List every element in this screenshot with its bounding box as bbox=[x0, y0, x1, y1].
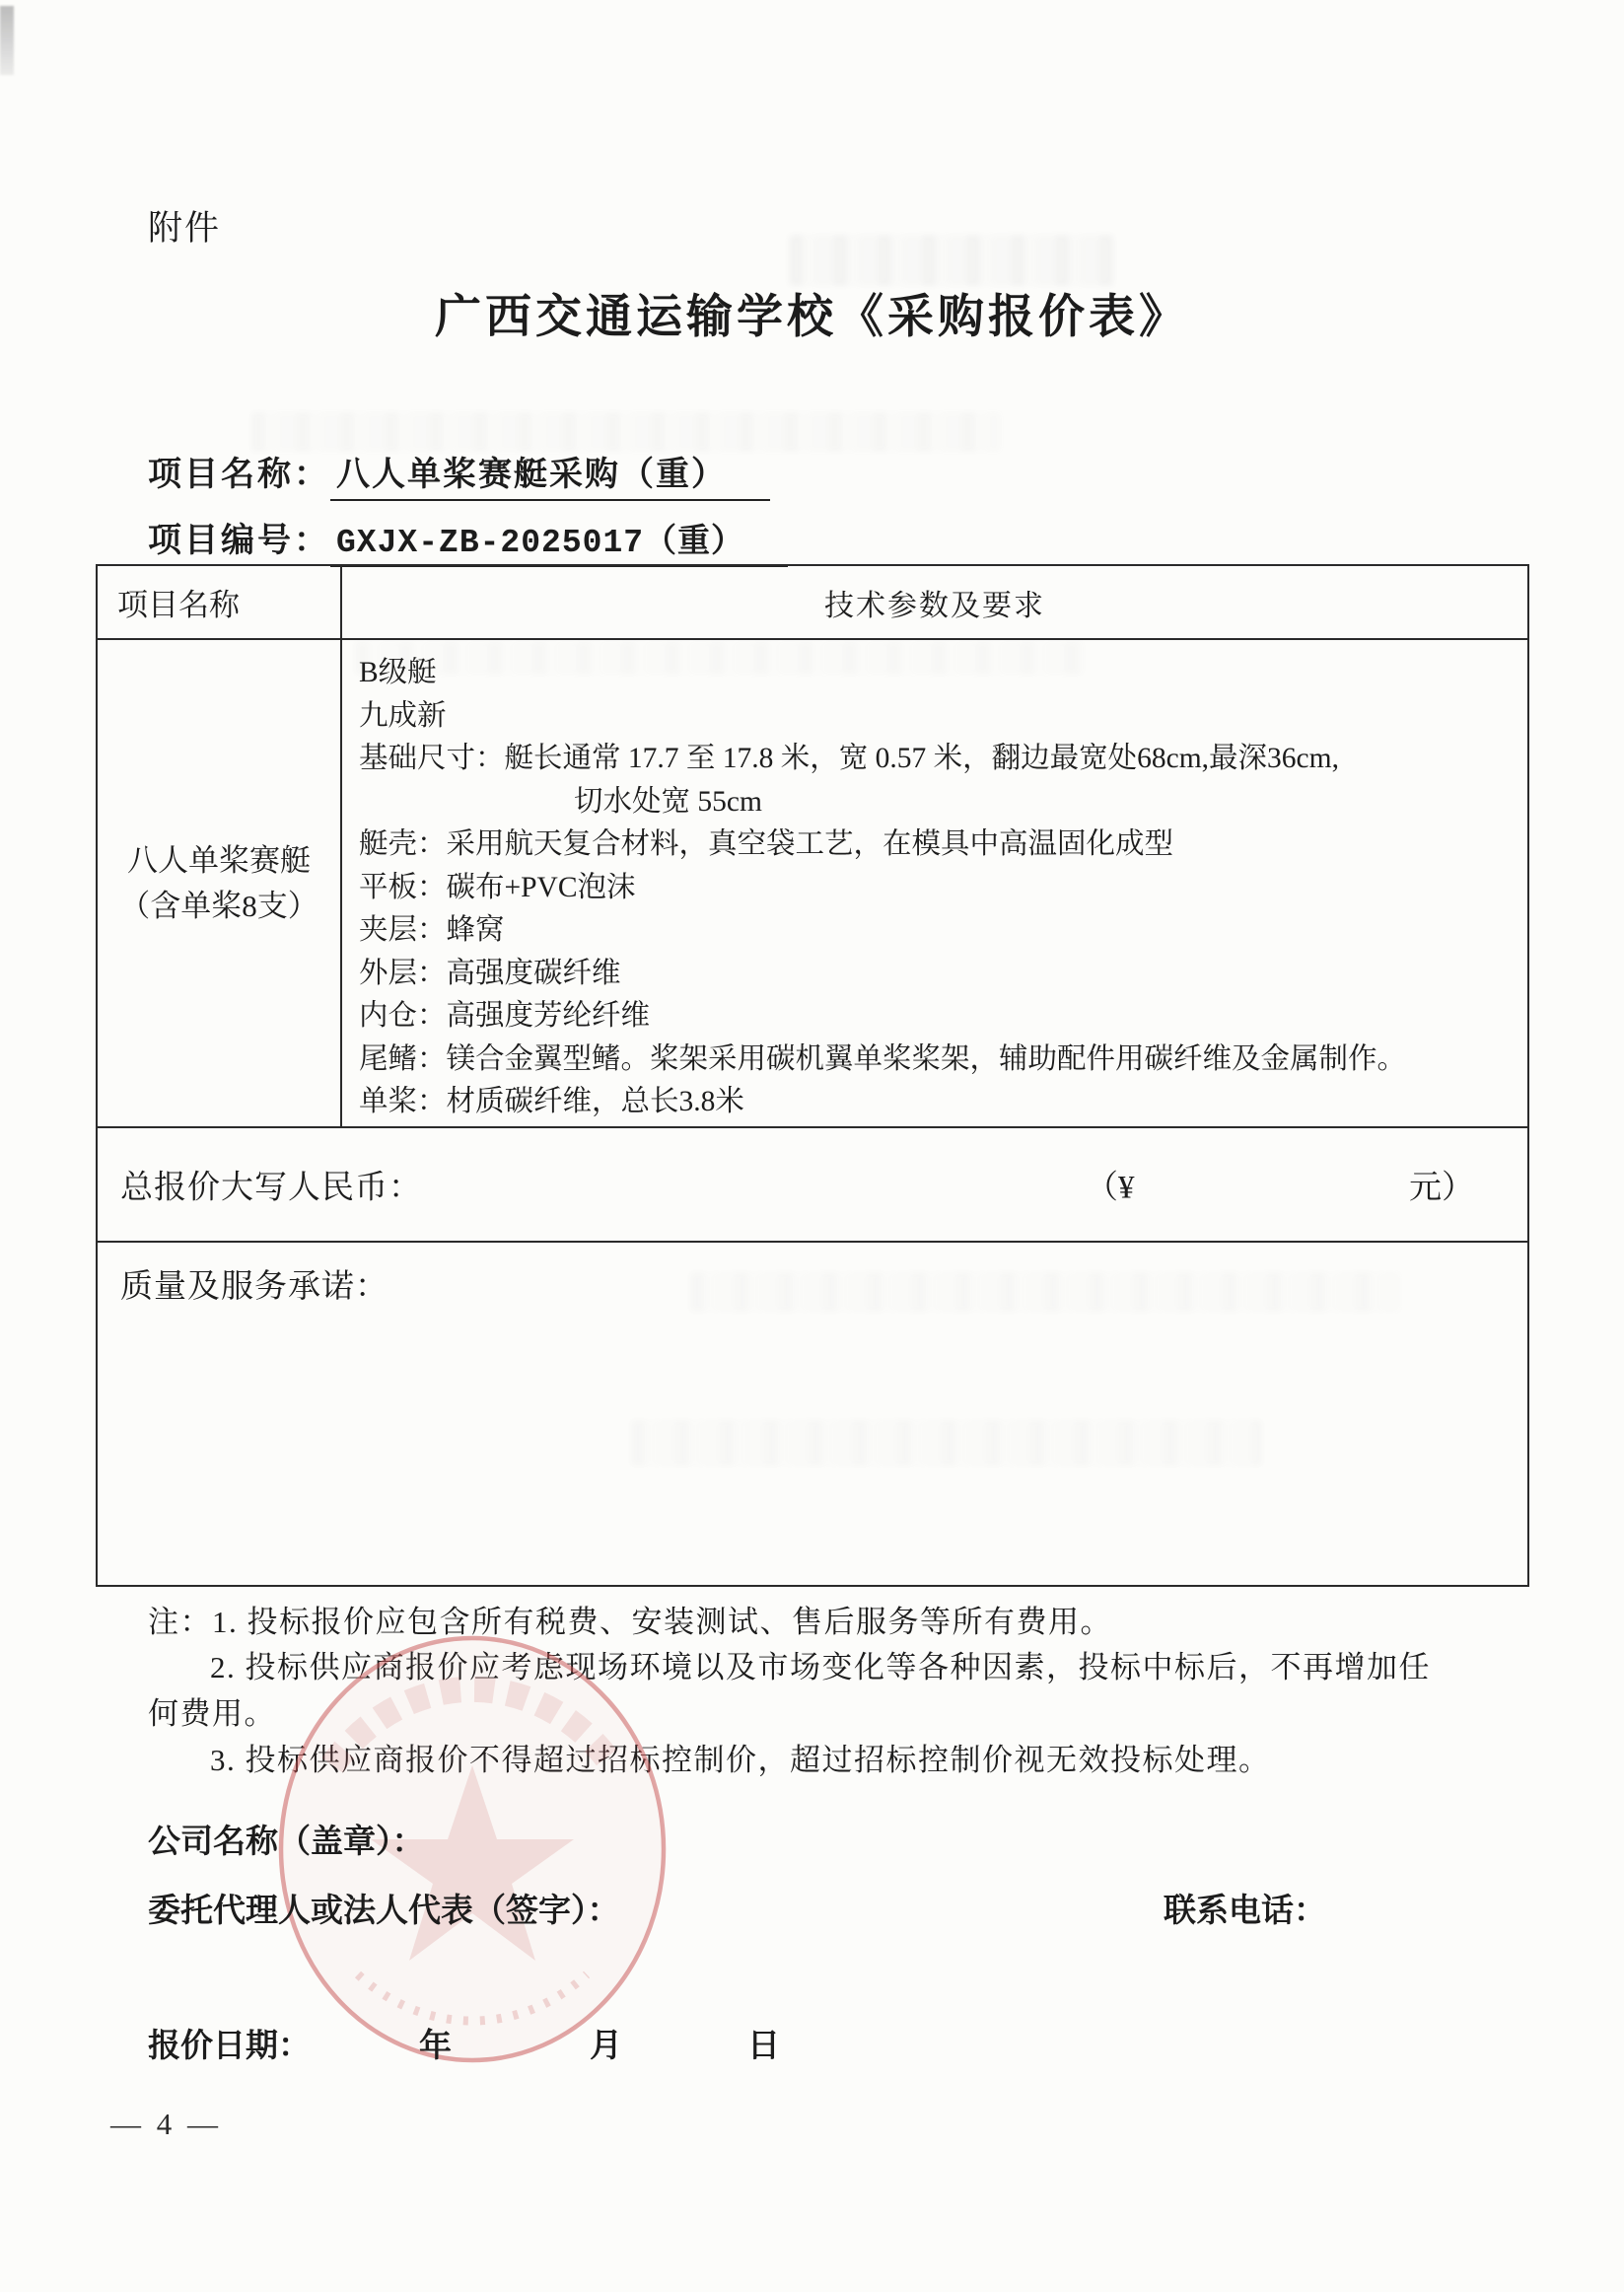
project-name-value: 八人单桨赛艇采购（重） bbox=[330, 447, 770, 501]
spec-line: 单桨：材质碳纤维，总长3.8米 bbox=[359, 1081, 1518, 1124]
total-price-paren-close: 元） bbox=[1409, 1162, 1474, 1208]
quality-commitment-label: 质量及服务承诺： bbox=[120, 1260, 388, 1307]
page-number: — 4 — bbox=[110, 2107, 222, 2142]
spec-line: 九成新 bbox=[359, 695, 1518, 739]
spec-line: 艇壳：采用航天复合材料，真空袋工艺，在模具中高温固化成型 bbox=[359, 824, 1518, 867]
attachment-label: 附件 bbox=[148, 201, 221, 251]
month-label: 月 bbox=[590, 2020, 622, 2066]
item-name-cell: 八人单桨赛艇 （含单桨8支） bbox=[98, 640, 342, 1126]
spec-line: 尾鳍：镁合金翼型鳍。桨架采用碳机翼单桨桨架，辅助配件用碳纤维及金属制作。 bbox=[359, 1039, 1518, 1082]
scanned-document-page: 附件 广西交通运输学校《采购报价表》 项目名称：八人单桨赛艇采购（重） 项目编号… bbox=[0, 0, 1624, 2292]
spec-line: 平板：碳布+PVC泡沫 bbox=[359, 867, 1518, 910]
note-line-4: 3. 投标供应商报价不得超过招标控制价，超过招标控制价视无效投标处理。 bbox=[210, 1735, 1271, 1779]
item-row: 八人单桨赛艇 （含单桨8支） B级艇 九成新 基础尺寸：艇长通常 17.7 至 … bbox=[98, 638, 1527, 1126]
scan-artifact bbox=[0, 6, 14, 75]
note-line-2: 2. 投标供应商报价应考虑现场环境以及市场变化等各种因素，投标中标后，不再增加任 bbox=[210, 1642, 1431, 1686]
total-price-paren-open: （¥ bbox=[1086, 1162, 1135, 1208]
project-code-value: GXJX-ZB-2025017（重） bbox=[330, 515, 788, 567]
header-cell-specs: 技术参数及要求 bbox=[342, 566, 1527, 638]
document-title: 广西交通运输学校《采购报价表》 bbox=[0, 280, 1624, 346]
spec-line: 夹层：蜂窝 bbox=[359, 909, 1518, 953]
quality-commitment-row: 质量及服务承诺： bbox=[98, 1241, 1527, 1585]
project-name-label: 项目名称： bbox=[148, 457, 330, 493]
quote-date-label: 报价日期： bbox=[148, 2029, 311, 2064]
quotation-table: 项目名称 技术参数及要求 八人单桨赛艇 （含单桨8支） B级艇 九成新 基础尺寸… bbox=[96, 564, 1529, 1587]
spec-line: 外层：高强度碳纤维 bbox=[359, 953, 1518, 996]
year-label: 年 bbox=[419, 2020, 452, 2066]
spec-line: 基础尺寸：艇长通常 17.7 至 17.8 米，宽 0.57 米，翻边最宽处68… bbox=[359, 738, 1518, 781]
table-header-row: 项目名称 技术参数及要求 bbox=[98, 566, 1527, 638]
note-line-1: 注：1. 投标报价应包含所有税费、安装测试、售后服务等所有费用。 bbox=[148, 1597, 1112, 1641]
item-name-line2: （含单桨8支） bbox=[119, 884, 318, 929]
spec-line: 切水处宽 55cm bbox=[359, 781, 1518, 824]
item-specs-cell: B级艇 九成新 基础尺寸：艇长通常 17.7 至 17.8 米，宽 0.57 米… bbox=[342, 640, 1527, 1126]
contact-phone-label: 联系电话： bbox=[1164, 1885, 1326, 1931]
note-line-3: 何费用。 bbox=[148, 1688, 276, 1733]
day-label: 日 bbox=[747, 2020, 780, 2066]
scan-artifact bbox=[251, 412, 1001, 452]
quote-date-line: 报价日期： 年 月 日 bbox=[148, 2020, 311, 2066]
scan-artifact bbox=[789, 235, 1114, 286]
header-cell-item-name: 项目名称 bbox=[98, 566, 342, 638]
total-price-label: 总报价大写人民币： bbox=[120, 1162, 422, 1208]
spec-line: B级艇 bbox=[359, 652, 1518, 695]
agent-signature-label: 委托代理人或法人代表（签字）： bbox=[148, 1885, 620, 1931]
item-name-line1: 八人单桨赛艇 bbox=[127, 838, 311, 884]
project-code-field: 项目编号：GXJX-ZB-2025017（重） bbox=[148, 513, 788, 567]
total-price-row: 总报价大写人民币： （¥ 元） bbox=[98, 1126, 1527, 1241]
project-name-field: 项目名称：八人单桨赛艇采购（重） bbox=[148, 447, 770, 501]
project-code-label: 项目编号： bbox=[148, 523, 330, 559]
company-name-label: 公司名称（盖章）： bbox=[148, 1816, 425, 1862]
spec-line: 内仓：高强度芳纶纤维 bbox=[359, 995, 1518, 1039]
